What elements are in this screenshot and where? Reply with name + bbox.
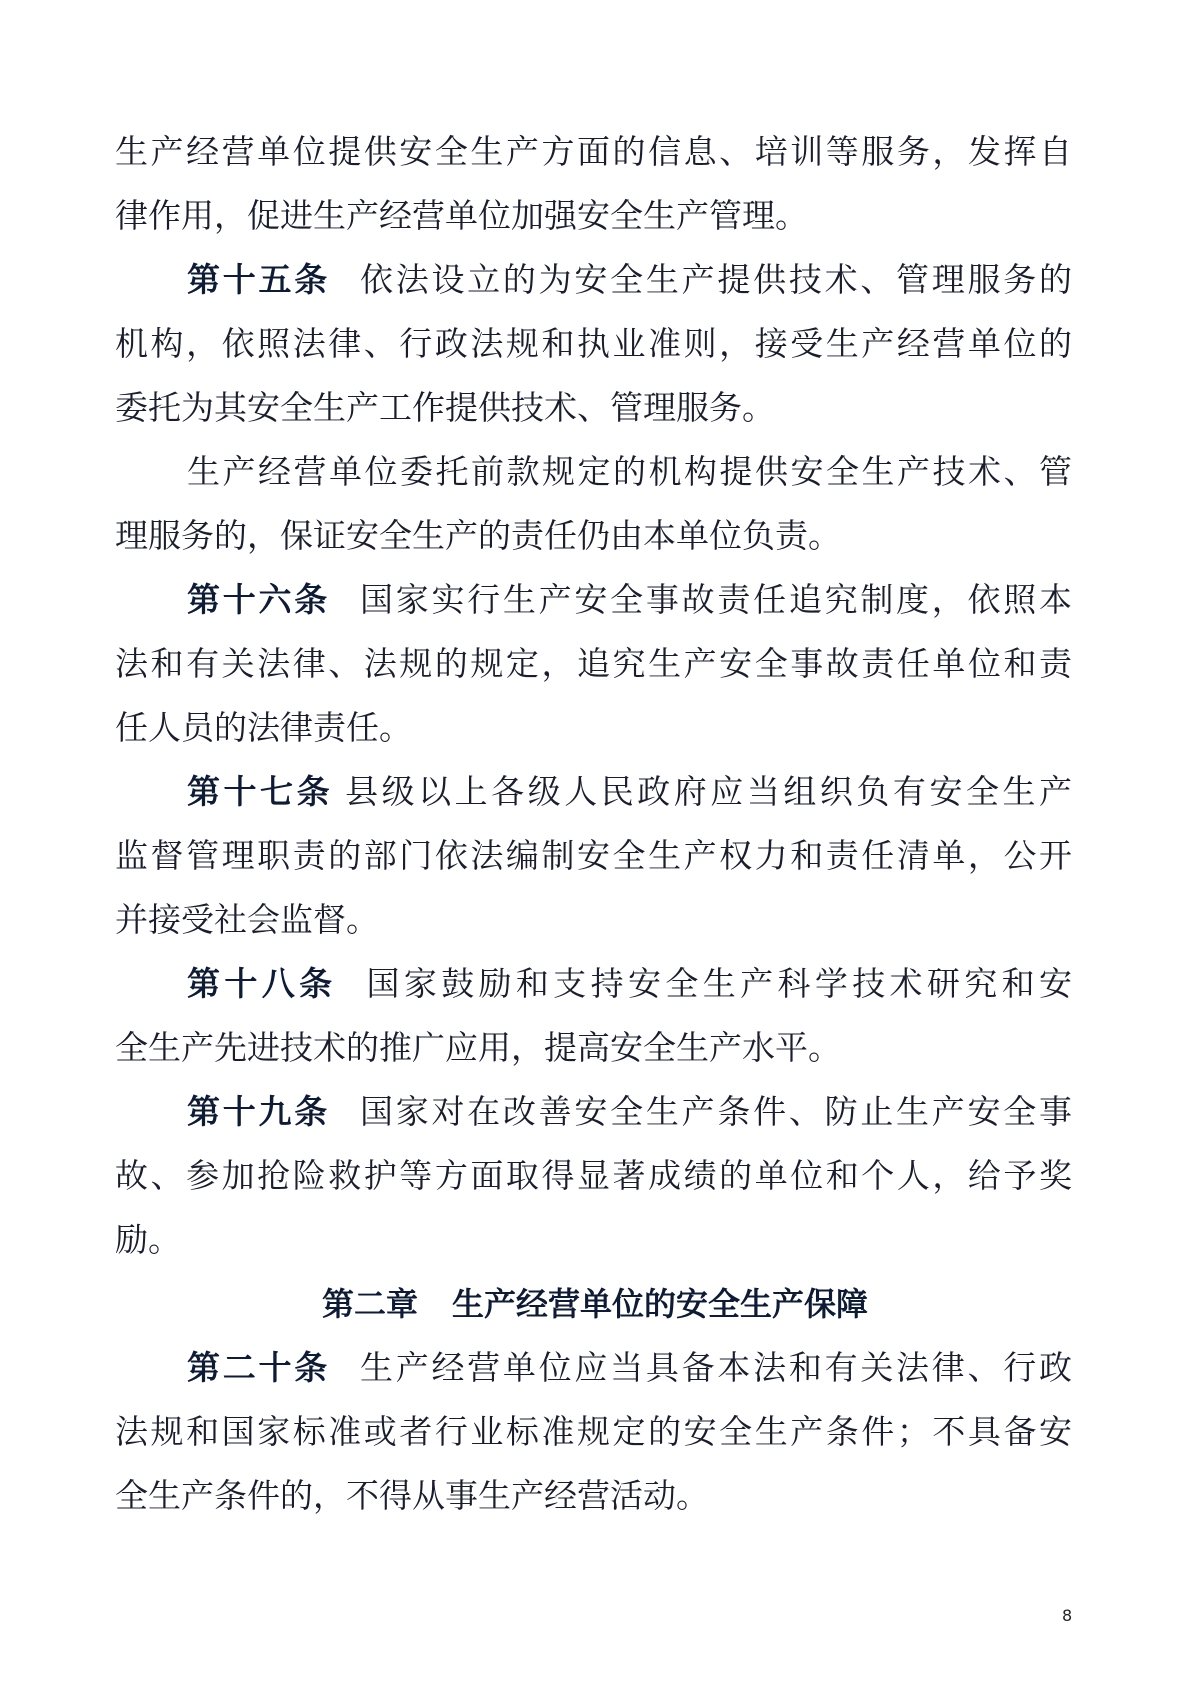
text-line: 律作用，促进生产经营单位加强安全生产管理。 xyxy=(115,184,1072,248)
article-heading: 第十七条 xyxy=(187,772,333,811)
article-heading: 第十五条 xyxy=(187,260,330,299)
page-number: 8 xyxy=(1062,1606,1072,1625)
text-line: 理服务的，保证安全生产的责任仍由本单位负责。 xyxy=(115,504,1072,568)
text-line: 并接受社会监督。 xyxy=(115,888,1072,952)
article-text: 县级以上各级人民政府应当组织负有安全生产 xyxy=(345,772,1072,811)
article-17-paragraph: 第十七条县级以上各级人民政府应当组织负有安全生产 xyxy=(187,760,1072,824)
text-line: 法规和国家标准或者行业标准规定的安全生产条件；不具备安 xyxy=(115,1400,1072,1464)
article-heading: 第十六条 xyxy=(187,580,330,619)
chapter-heading: 第二章生产经营单位的安全生产保障 xyxy=(0,1272,1190,1336)
text-line: 任人员的法律责任。 xyxy=(115,696,1072,760)
text-line: 励。 xyxy=(115,1208,1072,1272)
chapter-title: 生产经营单位的安全生产保障 xyxy=(452,1285,868,1323)
article-text: 国家鼓励和支持安全生产科学技术研究和安 xyxy=(366,964,1072,1003)
article-20-paragraph: 第二十条生产经营单位应当具备本法和有关法律、行政 xyxy=(187,1336,1072,1400)
article-text: 国家实行生产安全事故责任追究制度，依照本 xyxy=(360,580,1072,619)
text-line: 机构，依照法律、行政法规和执业准则，接受生产经营单位的 xyxy=(115,312,1072,376)
text-line: 全生产条件的，不得从事生产经营活动。 xyxy=(115,1464,1072,1528)
chapter-number: 第二章 xyxy=(322,1285,418,1323)
article-18-paragraph: 第十八条国家鼓励和支持安全生产科学技术研究和安 xyxy=(187,952,1072,1016)
text-line: 生产经营单位提供安全生产方面的信息、培训等服务，发挥自 xyxy=(115,120,1072,184)
article-text: 生产经营单位应当具备本法和有关法律、行政 xyxy=(360,1348,1072,1387)
document-page: 生产经营单位提供安全生产方面的信息、培训等服务，发挥自 律作用，促进生产经营单位… xyxy=(0,0,1190,1683)
text-line: 故、参加抢险救护等方面取得显著成绩的单位和个人，给予奖 xyxy=(115,1144,1072,1208)
text-line: 生产经营单位委托前款规定的机构提供安全生产技术、管 xyxy=(187,440,1072,504)
text-line: 全生产先进技术的推广应用，提高安全生产水平。 xyxy=(115,1016,1072,1080)
article-heading: 第十八条 xyxy=(187,964,336,1003)
article-text: 国家对在改善安全生产条件、防止生产安全事 xyxy=(360,1092,1072,1131)
text-line: 监督管理职责的部门依法编制安全生产权力和责任清单，公开 xyxy=(115,824,1072,888)
article-text: 依法设立的为安全生产提供技术、管理服务的 xyxy=(360,260,1072,299)
article-15-paragraph: 第十五条依法设立的为安全生产提供技术、管理服务的 xyxy=(187,248,1072,312)
article-16-paragraph: 第十六条国家实行生产安全事故责任追究制度，依照本 xyxy=(187,568,1072,632)
article-heading: 第十九条 xyxy=(187,1092,330,1131)
article-heading: 第二十条 xyxy=(187,1348,330,1387)
text-line: 委托为其安全生产工作提供技术、管理服务。 xyxy=(115,376,1072,440)
text-line: 法和有关法律、法规的规定，追究生产安全事故责任单位和责 xyxy=(115,632,1072,696)
article-19-paragraph: 第十九条国家对在改善安全生产条件、防止生产安全事 xyxy=(187,1080,1072,1144)
